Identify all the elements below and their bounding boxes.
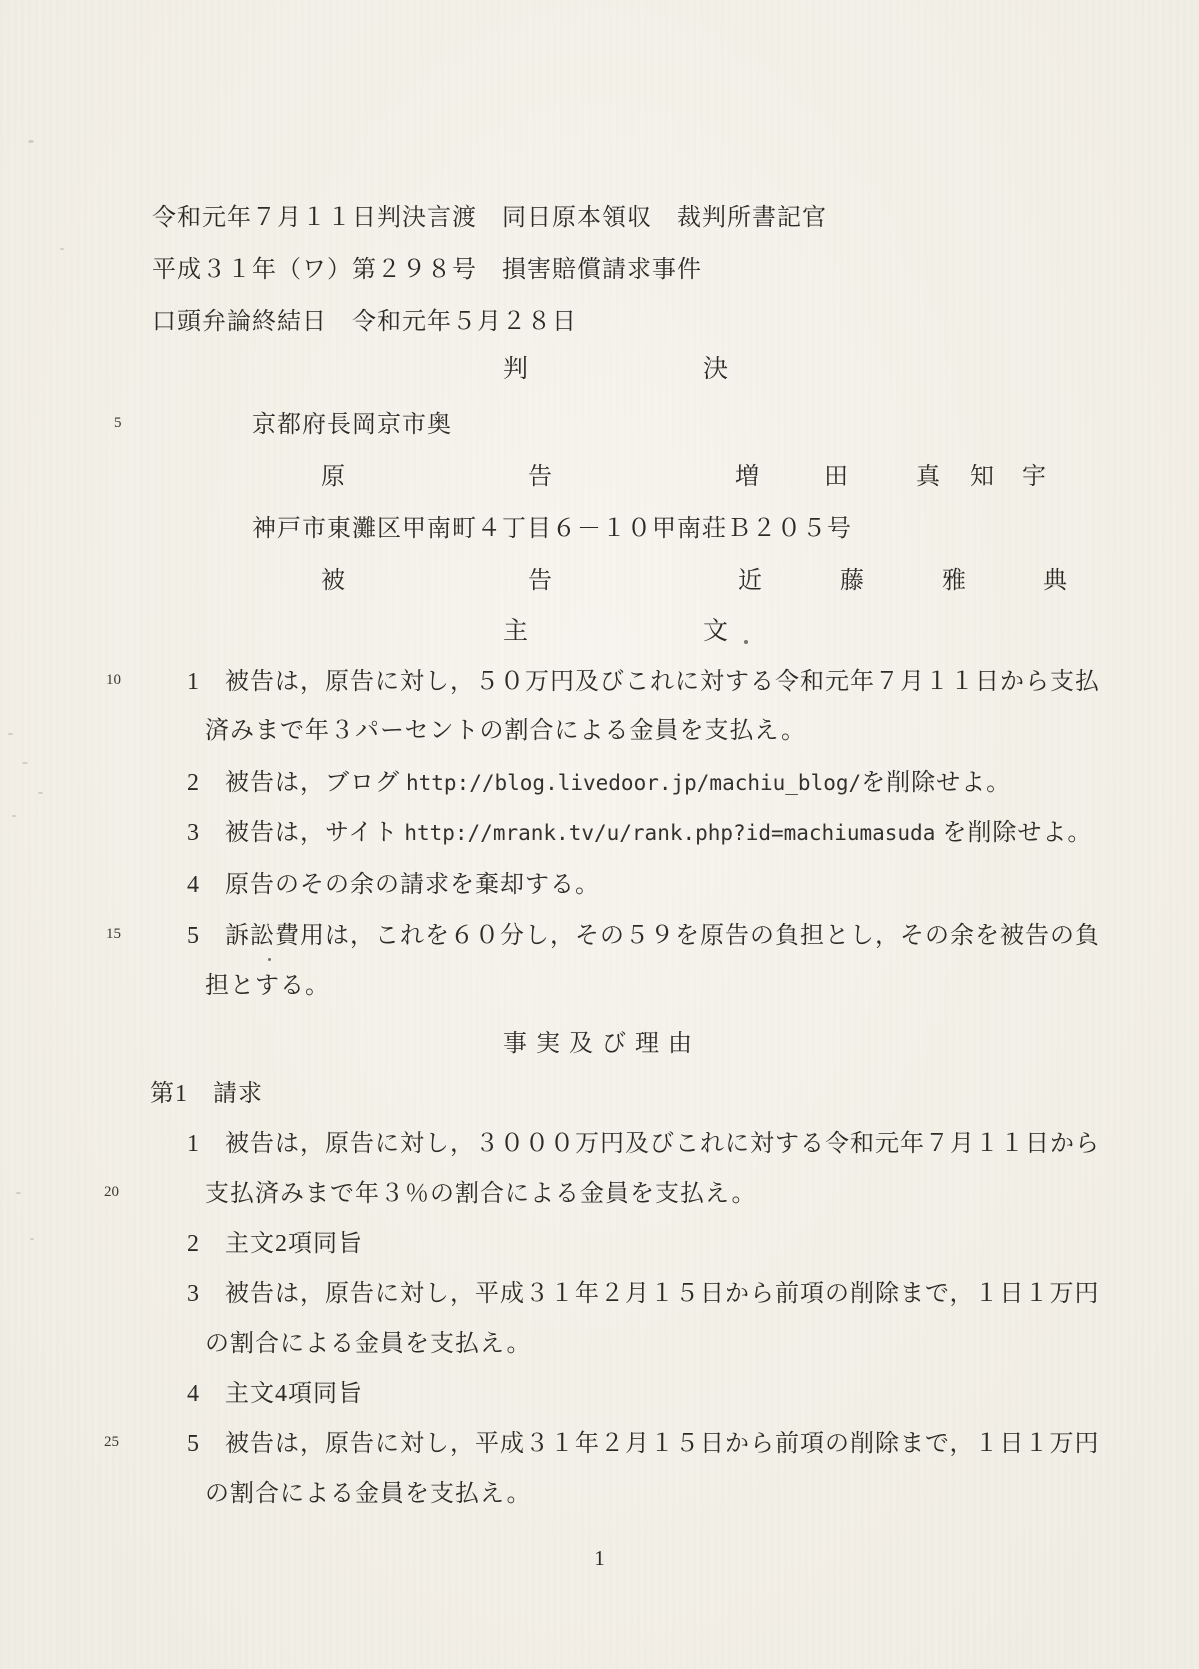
facts-item-5-line-1: 5 被告は，原告に対し，平成３１年２月１５日から前項の削除まで，１日１万円 — [187, 1429, 1100, 1459]
main-text-heading-char-2: 文 — [703, 617, 729, 647]
defendant-role-char-1: 被 — [321, 566, 346, 596]
margin-line-number-20: 20 — [104, 1184, 119, 1201]
defendant-address: 神戸市東灘区甲南町４丁目６－１０甲南荘Ｂ２０５号 — [252, 514, 852, 544]
margin-line-number-10: 10 — [106, 672, 121, 689]
defendant-role-char-2: 告 — [528, 566, 553, 596]
defendant-name-char: 雅 — [942, 566, 967, 596]
scan-noise — [12, 815, 16, 817]
main-text-heading-char-1: 主 — [503, 617, 529, 647]
plaintiff-name-char: 増 — [735, 462, 760, 492]
margin-line-number-15: 15 — [106, 926, 121, 943]
scan-artifact-dot — [744, 640, 748, 644]
scan-noise — [28, 140, 34, 143]
scan-noise — [38, 792, 43, 794]
main-item-2-text-post: を削除せよ。 — [861, 770, 1011, 796]
main-item-4: 4 原告のその余の請求を棄却する。 — [187, 870, 600, 900]
facts-item-1-line-1: 1 被告は，原告に対し，３０００万円及びこれに対する令和元年７月１１日から — [187, 1129, 1100, 1159]
plaintiff-address: 京都府長岡京市奥 — [252, 410, 452, 440]
main-item-3-text-pre: 3 被告は，サイト — [187, 820, 398, 846]
defendant-name-char: 典 — [1043, 566, 1068, 596]
document-title-char-1: 判 — [503, 355, 529, 385]
defendant-name-char: 近 — [738, 566, 763, 596]
header-line-oral-argument-close-date: 口頭弁論終結日 令和元年５月２８日 — [152, 307, 577, 337]
scan-noise — [30, 1238, 34, 1240]
main-item-3: 3 被告は，サイトhttp://mrank.tv/u/rank.php?id=m… — [187, 818, 1092, 848]
facts-item-1-line-2: 支払済みまで年３％の割合による金員を支払え。 — [205, 1179, 756, 1209]
facts-item-3-line-1: 3 被告は，原告に対し，平成３１年２月１５日から前項の削除まで，１日１万円 — [187, 1279, 1100, 1309]
header-line-case-number: 平成３１年（ワ）第２９８号 損害賠償請求事件 — [152, 255, 702, 285]
scan-noise — [16, 1192, 21, 1194]
facts-item-3-line-2: の割合による金員を支払え。 — [205, 1329, 531, 1359]
document-title-char-2: 決 — [703, 355, 729, 385]
page-number: 1 — [0, 1546, 1199, 1571]
main-item-3-site-url: http://mrank.tv/u/rank.php?id=machiumasu… — [404, 821, 935, 845]
plaintiff-name-char: 宇 — [1022, 462, 1047, 492]
main-item-2-blog-url: http://blog.livedoor.jp/machiu_blog/ — [406, 771, 861, 795]
margin-line-number-25: 25 — [104, 1434, 119, 1451]
defendant-name-char: 藤 — [840, 566, 865, 596]
facts-item-5-line-2: の割合による金員を支払え。 — [205, 1479, 531, 1509]
main-item-3-text-post: を削除せよ。 — [935, 820, 1092, 846]
main-item-5-line-2: 担とする。 — [205, 971, 330, 1001]
main-item-1-line-1: 1 被告は，原告に対し，５０万円及びこれに対する令和元年７月１１日から支払 — [187, 667, 1100, 697]
header-line-pronouncement-date: 令和元年７月１１日判決言渡 同日原本領収 裁判所書記官 — [152, 203, 827, 233]
plaintiff-name-char: 田 — [824, 462, 849, 492]
facts-item-4: 4 主文4項同旨 — [187, 1379, 363, 1409]
facts-and-reasons-heading: 事実及び理由 — [503, 1029, 701, 1059]
main-item-2: 2 被告は，ブログhttp://blog.livedoor.jp/machiu_… — [187, 768, 1011, 798]
facts-item-2: 2 主文2項同旨 — [187, 1229, 363, 1259]
main-item-5-line-1: 5 訴訟費用は，これを６０分し，その５９を原告の負担とし，その余を被告の負 — [187, 921, 1100, 951]
plaintiff-name-char: 知 — [970, 462, 995, 492]
scan-artifact-dot — [268, 958, 271, 961]
plaintiff-name-char: 真 — [916, 462, 941, 492]
main-item-2-text-pre: 2 被告は，ブログ — [187, 770, 400, 796]
main-item-1-line-2: 済みまで年３パーセントの割合による金員を支払え。 — [205, 716, 806, 746]
plaintiff-role-char-2: 告 — [528, 462, 553, 492]
facts-section-1-title: 第1 請求 — [150, 1079, 263, 1109]
scan-noise — [8, 733, 13, 735]
scan-noise — [60, 248, 64, 250]
plaintiff-role-char-1: 原 — [321, 462, 346, 492]
scan-noise — [22, 762, 28, 764]
judgment-document-page: 令和元年７月１１日判決言渡 同日原本領収 裁判所書記官 平成３１年（ワ）第２９８… — [0, 0, 1199, 1669]
margin-line-number-5: 5 — [114, 415, 122, 432]
